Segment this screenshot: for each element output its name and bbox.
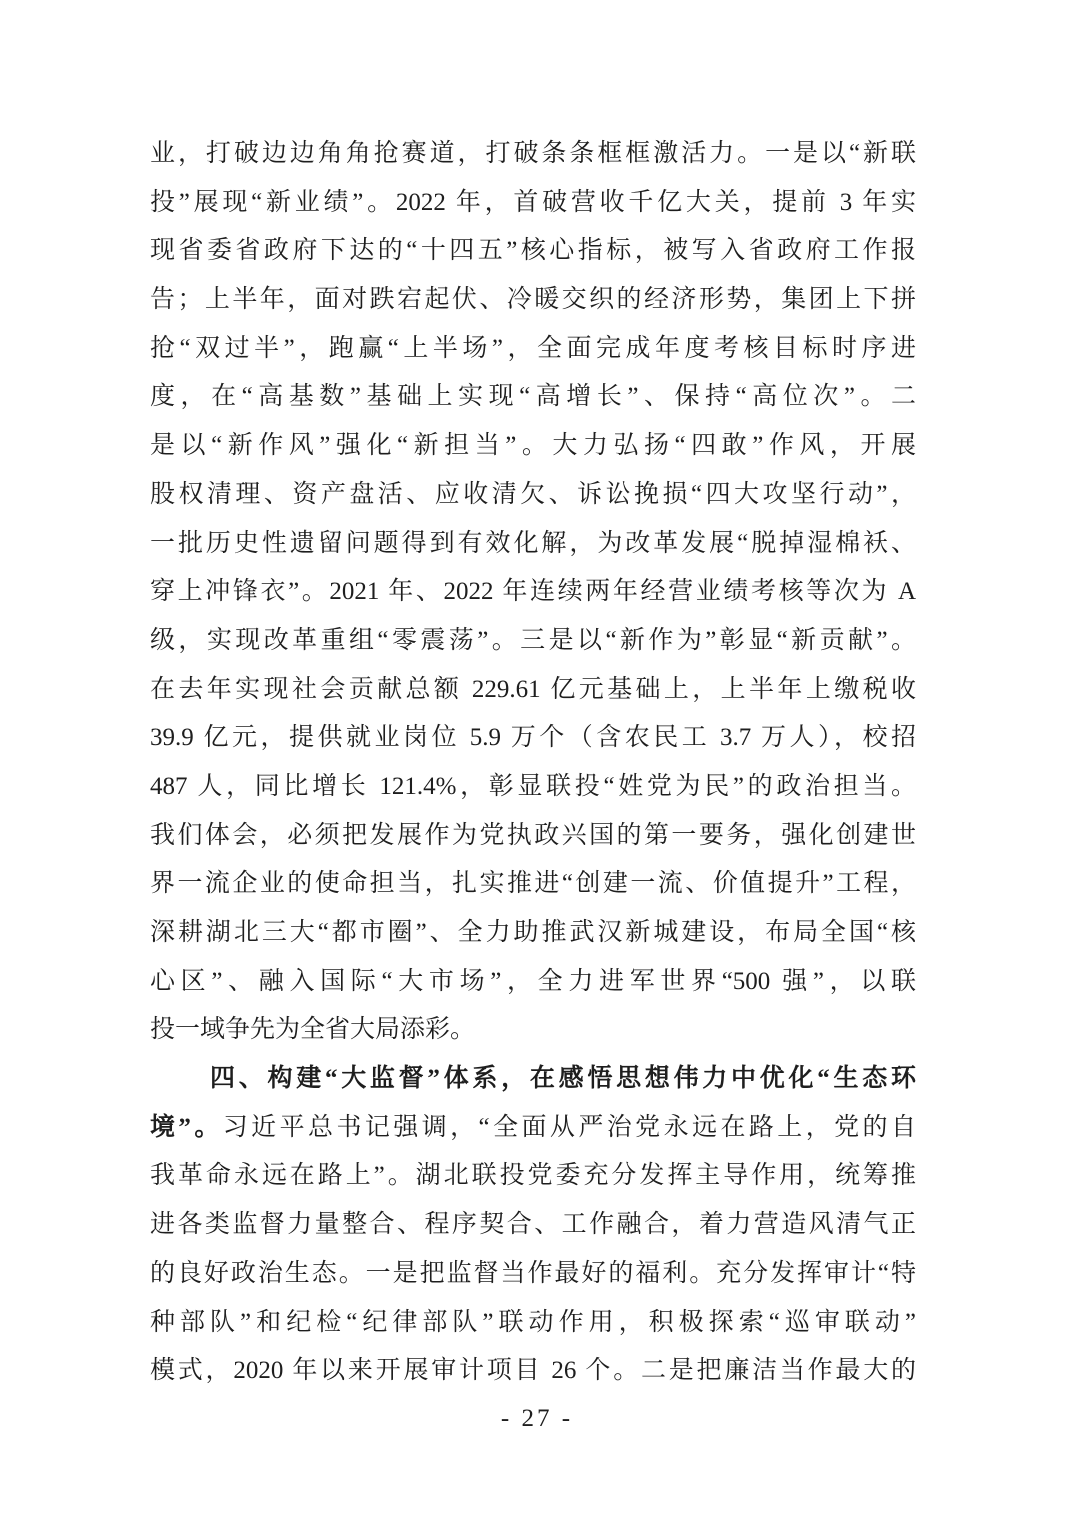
body-text-run: 种部队”和纪检“纪律部队”联动作用，积极探索“巡审联动” [150,1309,916,1336]
body-text-run: 心区”、融入国际“大市场”，全力进军世界“500 强”，以联 [150,968,916,995]
body-text-run: 级，实现改革重组“零震荡”。三是以“新作为”彰显“新贡献”。 [150,627,916,654]
body-text-run: 穿上冲锋衣”。2021 年、2022 年连续两年经营业绩考核等次为 A [150,578,916,605]
text-line: 进各类监督力量整合、程序契合、工作融合，着力营造风清气正 [150,1201,916,1250]
text-line: 我们体会，必须把发展作为党执政兴国的第一要务，强化创建世 [150,812,916,861]
text-line: 现省委省政府下达的“十四五”核心指标，被写入省政府工作报 [150,227,916,276]
text-line: 投一域争先为全省大局添彩。 [150,1006,916,1055]
text-line: 39.9 亿元，提供就业岗位 5.9 万个（含农民工 3.7 万人），校招 [150,714,916,763]
body-text-run: 我革命永远在路上”。湖北联投党委充分发挥主导作用，统筹推 [150,1162,916,1189]
text-line: 深耕湖北三大“都市圈”、全力助推武汉新城建设，布局全国“核 [150,909,916,958]
body-text-run: 深耕湖北三大“都市圈”、全力助推武汉新城建设，布局全国“核 [150,919,916,946]
text-line: 在去年实现社会贡献总额 229.61 亿元基础上，上半年上缴税收 [150,666,916,715]
body-text-run: 模式，2020 年以来开展审计项目 26 个。二是把廉洁当作最大的 [150,1357,916,1384]
text-line: 模式，2020 年以来开展审计项目 26 个。二是把廉洁当作最大的 [150,1347,916,1396]
body-text-run: 度，在“高基数”基础上实现“高增长”、保持“高位次”。二 [150,383,916,410]
heading-text-run: 四、构建“大监督”体系，在感悟思想伟力中优化“生态环 [210,1065,916,1092]
body-text-run: 39.9 亿元，提供就业岗位 5.9 万个（含农民工 3.7 万人），校招 [150,724,916,751]
body-text-run: 进各类监督力量整合、程序契合、工作融合，着力营造风清气正 [150,1211,916,1238]
body-text-run: 投”展现“新业绩”。2022 年，首破营收千亿大关，提前 3 年实 [150,189,916,216]
text-line: 股权清理、资产盘活、应收清欠、诉讼挽损“四大攻坚行动”， [150,471,916,520]
body-text-run: 487 人，同比增长 121.4%，彰显联投“姓党为民”的政治担当。 [150,773,916,800]
text-line: 穿上冲锋衣”。2021 年、2022 年连续两年经营业绩考核等次为 A [150,568,916,617]
body-text-run: 在去年实现社会贡献总额 229.61 亿元基础上，上半年上缴税收 [150,676,916,703]
text-line: 界一流企业的使命担当，扎实推进“创建一流、价值提升”工程， [150,860,916,909]
text-line: 487 人，同比增长 121.4%，彰显联投“姓党为民”的政治担当。 [150,763,916,812]
text-line: 的良好政治生态。一是把监督当作最好的福利。充分发挥审计“特 [150,1250,916,1299]
text-line: 告；上半年，面对跌宕起伏、冷暖交织的经济形势，集团上下拼 [150,276,916,325]
text-line: 是以“新作风”强化“新担当”。大力弘扬“四敢”作风，开展 [150,422,916,471]
body-text-run: 投一域争先为全省大局添彩。 [150,1016,475,1043]
body-text-run: 的良好政治生态。一是把监督当作最好的福利。充分发挥审计“特 [150,1260,916,1287]
document-body-text: 业，打破边边角角抢赛道，打破条条框框激活力。一是以“新联投”展现“新业绩”。20… [150,130,916,1396]
document-page: 业，打破边边角角抢赛道，打破条条框框激活力。一是以“新联投”展现“新业绩”。20… [0,0,1074,1520]
body-text-run: 现省委省政府下达的“十四五”核心指标，被写入省政府工作报 [150,237,916,264]
text-line: 业，打破边边角角抢赛道，打破条条框框激活力。一是以“新联 [150,130,916,179]
text-line: 种部队”和纪检“纪律部队”联动作用，积极探索“巡审联动” [150,1299,916,1348]
body-text-run: 界一流企业的使命担当，扎实推进“创建一流、价值提升”工程， [150,870,916,897]
body-text-run: 告；上半年，面对跌宕起伏、冷暖交织的经济形势，集团上下拼 [150,286,916,313]
body-text-run: 我们体会，必须把发展作为党执政兴国的第一要务，强化创建世 [150,822,916,849]
text-line: 四、构建“大监督”体系，在感悟思想伟力中优化“生态环 [150,1055,916,1104]
text-line: 我革命永远在路上”。湖北联投党委充分发挥主导作用，统筹推 [150,1152,916,1201]
text-line: 级，实现改革重组“零震荡”。三是以“新作为”彰显“新贡献”。 [150,617,916,666]
body-text-run: 习近平总书记强调，“全面从严治党永远在路上，党的自 [223,1114,916,1141]
text-line: 度，在“高基数”基础上实现“高增长”、保持“高位次”。二 [150,373,916,422]
body-text-run: 一批历史性遗留问题得到有效化解，为改革发展“脱掉湿棉袄、 [150,530,916,557]
body-text-run: 股权清理、资产盘活、应收清欠、诉讼挽损“四大攻坚行动”， [150,481,916,508]
text-line: 一批历史性遗留问题得到有效化解，为改革发展“脱掉湿棉袄、 [150,520,916,569]
heading-text-run: 境”。 [150,1114,223,1141]
body-text-run: 是以“新作风”强化“新担当”。大力弘扬“四敢”作风，开展 [150,432,916,459]
body-text-run: 抢“双过半”，跑赢“上半场”，全面完成年度考核目标时序进 [150,335,916,362]
text-line: 投”展现“新业绩”。2022 年，首破营收千亿大关，提前 3 年实 [150,179,916,228]
body-text-run: 业，打破边边角角抢赛道，打破条条框框激活力。一是以“新联 [150,140,916,167]
text-line: 抢“双过半”，跑赢“上半场”，全面完成年度考核目标时序进 [150,325,916,374]
text-line: 心区”、融入国际“大市场”，全力进军世界“500 强”，以联 [150,958,916,1007]
text-line: 境”。习近平总书记强调，“全面从严治党永远在路上，党的自 [150,1104,916,1153]
page-number: - 27 - [0,1399,1074,1439]
